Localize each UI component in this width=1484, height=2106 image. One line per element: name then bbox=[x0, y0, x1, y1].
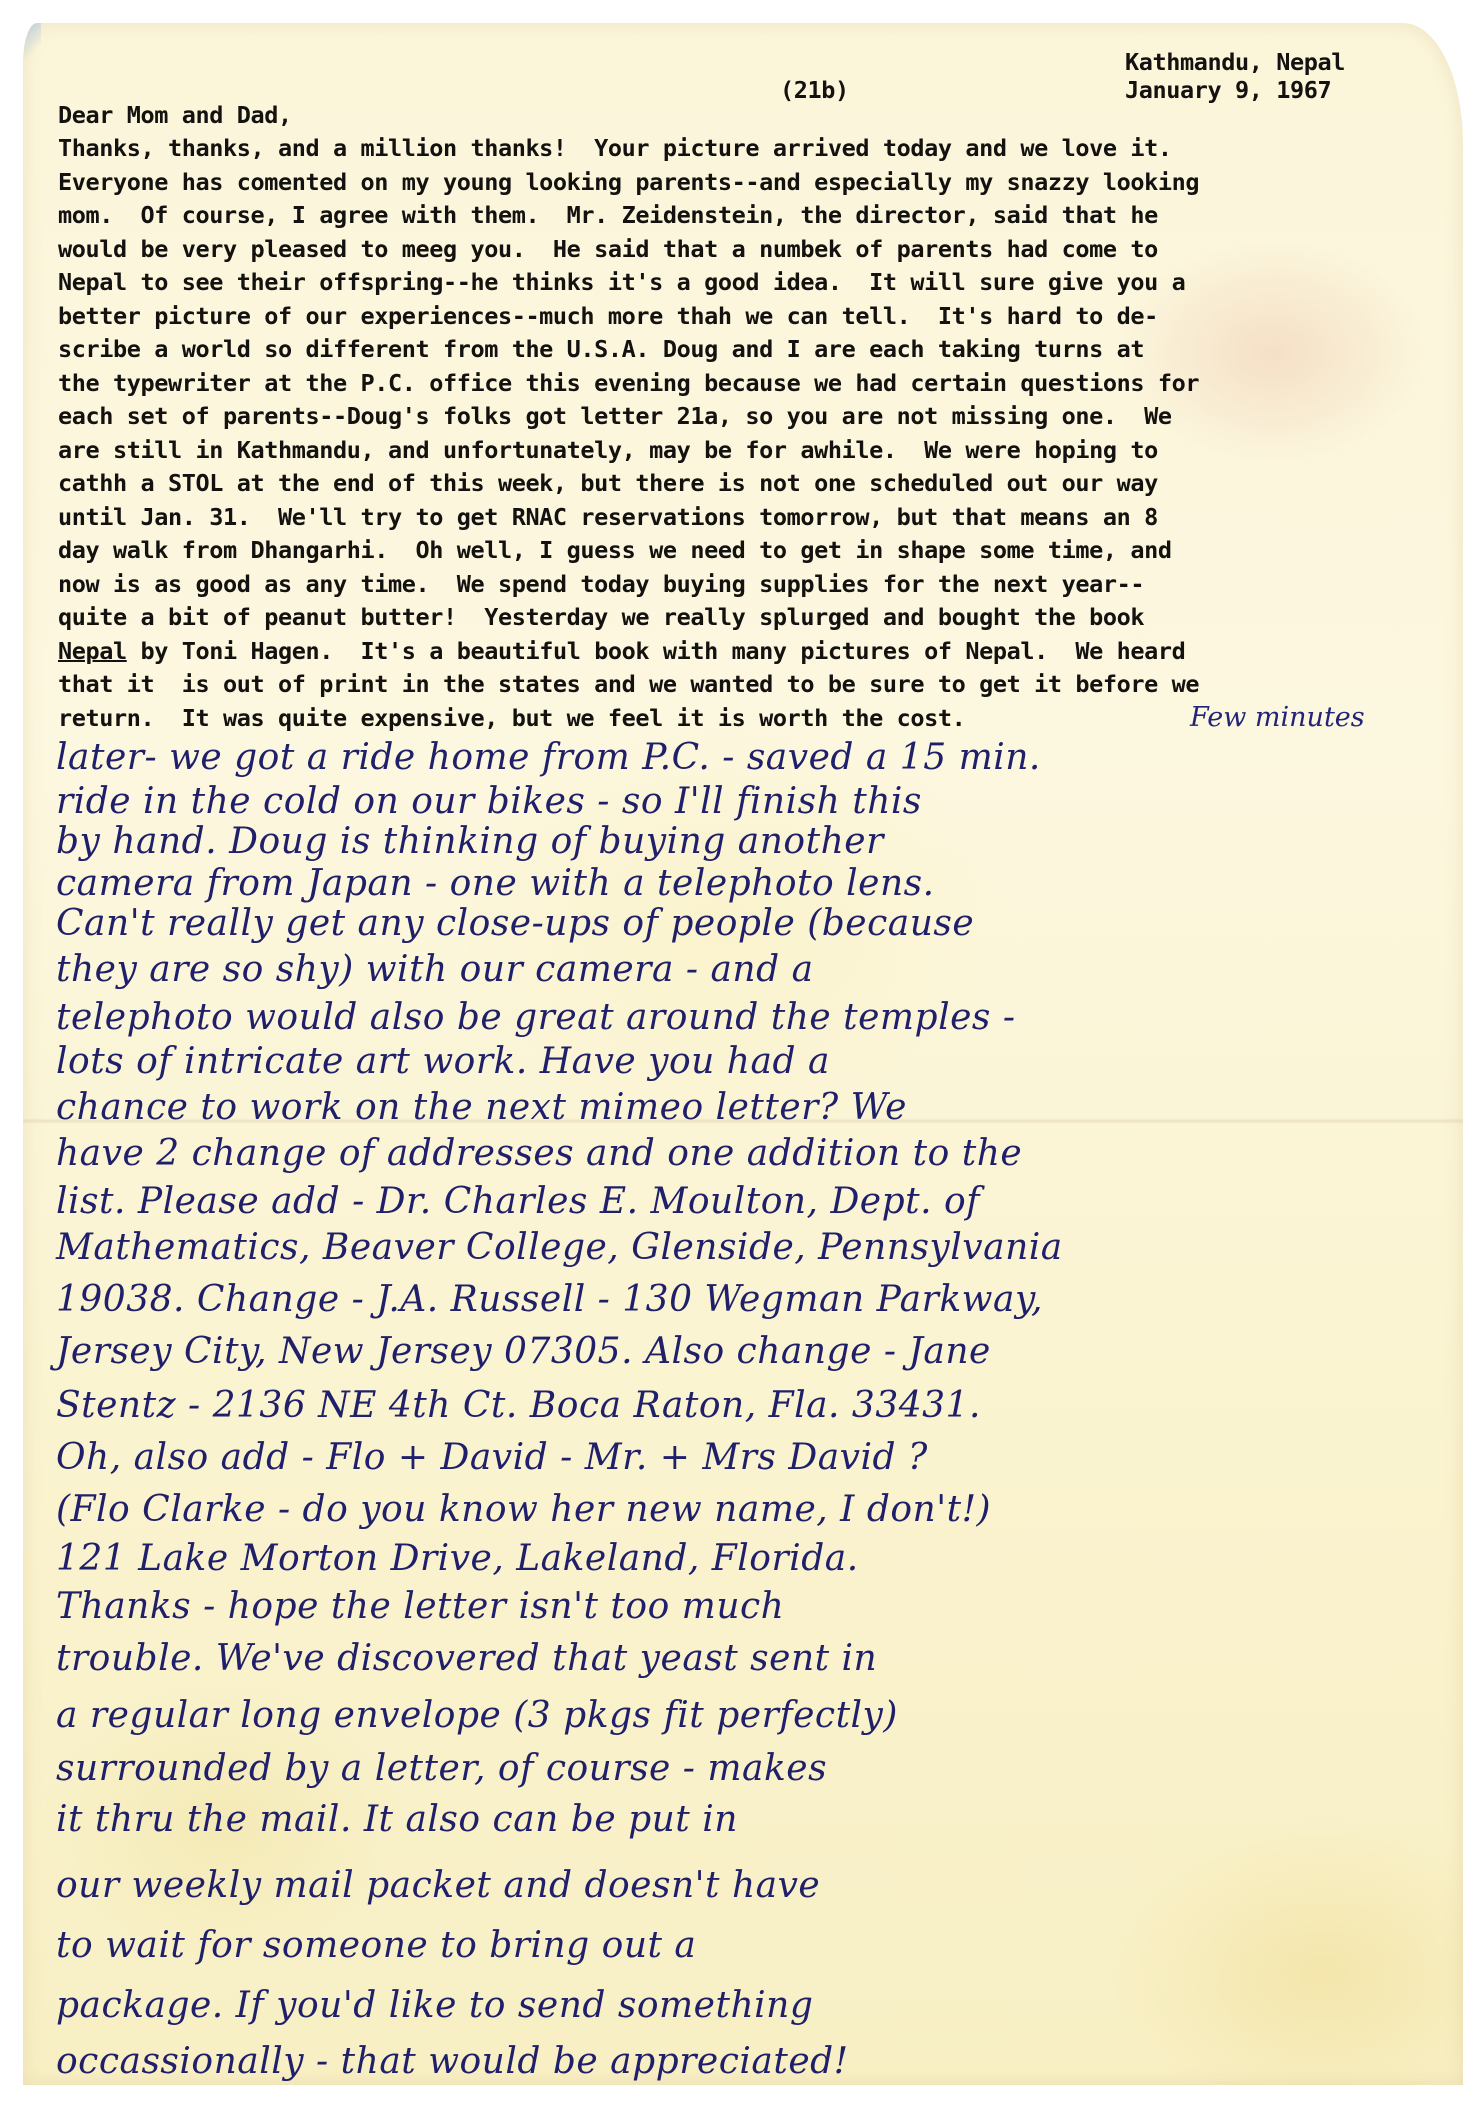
typed-line: quite a bit of peanut butter! Yesterday … bbox=[58, 603, 1144, 631]
typed-line: now is as good as any time. We spend tod… bbox=[58, 570, 1144, 598]
typed-line: Everyone has comented on my young lookin… bbox=[58, 168, 1199, 196]
handwritten-line: lots of intricate art work. Have you had… bbox=[56, 1040, 830, 1084]
salutation: Dear Mom and Dad, bbox=[58, 101, 292, 129]
typed-line: cathh a STOL at the end of this week, bu… bbox=[58, 469, 1158, 497]
handwritten-line: later- we got a ride home from P.C. - sa… bbox=[56, 736, 1041, 780]
typed-line: mom. Of course, I agree with them. Mr. Z… bbox=[58, 201, 1158, 229]
typed-line: the typewriter at the P.C. office this e… bbox=[58, 369, 1199, 397]
handwritten-line: Stentz - 2136 NE 4th Ct. Boca Raton, Fla… bbox=[56, 1384, 981, 1428]
typed-line: until Jan. 31. We'll try to get RNAC res… bbox=[58, 503, 1158, 531]
typed-line: Thanks, thanks, and a million thanks! Yo… bbox=[58, 134, 1172, 162]
handwritten-line: have 2 change of addresses and one addit… bbox=[56, 1132, 1022, 1176]
paper-corner-shadow bbox=[23, 23, 41, 63]
book-title: Nepal bbox=[58, 637, 127, 665]
handwritten-line: camera from Japan - one with a telephoto… bbox=[56, 862, 935, 906]
handwritten-line: to wait for someone to bring out a bbox=[56, 1924, 696, 1968]
typed-line: return. It was quite expensive, but we f… bbox=[58, 704, 965, 732]
letter-date: January 9, 1967 bbox=[1125, 76, 1331, 104]
handwritten-line: Oh, also add - Flo + David - Mr. + Mrs D… bbox=[56, 1436, 928, 1480]
handwritten-line: ride in the cold on our bikes - so I'll … bbox=[56, 780, 922, 824]
handwritten-line: by hand. Doug is thinking of buying anot… bbox=[56, 820, 884, 864]
book-line-rest: by Toni Hagen. It's a beautiful book wit… bbox=[127, 637, 1186, 665]
handwritten-line: a regular long envelope (3 pkgs fit perf… bbox=[56, 1694, 898, 1738]
handwritten-line: Can't really get any close-ups of people… bbox=[56, 902, 974, 946]
handwritten-line: Thanks - hope the letter isn't too much bbox=[56, 1585, 784, 1629]
handwritten-inline-note: Few minutes bbox=[1190, 702, 1365, 734]
handwritten-line: our weekly mail packet and doesn't have bbox=[56, 1864, 820, 1908]
handwritten-line: list. Please add - Dr. Charles E. Moulto… bbox=[56, 1180, 980, 1224]
typed-line-book: Nepal by Toni Hagen. It's a beautiful bo… bbox=[58, 637, 1185, 665]
typed-line: day walk from Dhangarhi. Oh well, I gues… bbox=[58, 536, 1172, 564]
handwritten-line: it thru the mail. It also can be put in bbox=[56, 1798, 738, 1842]
typed-line: each set of parents--Doug's folks got le… bbox=[58, 402, 1172, 430]
handwritten-line: trouble. We've discovered that yeast sen… bbox=[56, 1637, 877, 1681]
typed-line: that it is out of print in the states an… bbox=[58, 670, 1199, 698]
handwritten-line: they are so shy) with our camera - and a bbox=[56, 948, 814, 992]
page-number: (21b) bbox=[780, 76, 849, 104]
letter-location: Kathmandu, Nepal bbox=[1125, 48, 1345, 76]
typed-line: would be very pleased to meeg you. He sa… bbox=[58, 235, 1158, 263]
typed-line: Nepal to see their offspring--he thinks … bbox=[58, 268, 1185, 296]
handwritten-line: Jersey City, New Jersey 07305. Also chan… bbox=[56, 1330, 991, 1374]
typed-line: are still in Kathmandu, and unfortunatel… bbox=[58, 436, 1158, 464]
handwritten-line: package. If you'd like to send something bbox=[56, 1984, 813, 2028]
handwritten-line: 121 Lake Morton Drive, Lakeland, Florida… bbox=[56, 1537, 859, 1581]
handwritten-line: telephoto would also be great around the… bbox=[56, 996, 1016, 1040]
handwritten-line: surrounded by a letter, of course - make… bbox=[56, 1747, 827, 1791]
handwritten-line: chance to work on the next mimeo letter?… bbox=[56, 1086, 907, 1130]
handwritten-line: (Flo Clarke - do you know her new name, … bbox=[56, 1488, 991, 1532]
typed-line: better picture of our experiences--much … bbox=[58, 302, 1158, 330]
handwritten-line: 19038. Change - J.A. Russell - 130 Wegma… bbox=[56, 1278, 1043, 1322]
typed-line: scribe a world so different from the U.S… bbox=[58, 335, 1144, 363]
handwritten-line: occassionally - that would be appreciate… bbox=[56, 2040, 849, 2084]
handwritten-line: Mathematics, Beaver College, Glenside, P… bbox=[56, 1226, 1063, 1270]
